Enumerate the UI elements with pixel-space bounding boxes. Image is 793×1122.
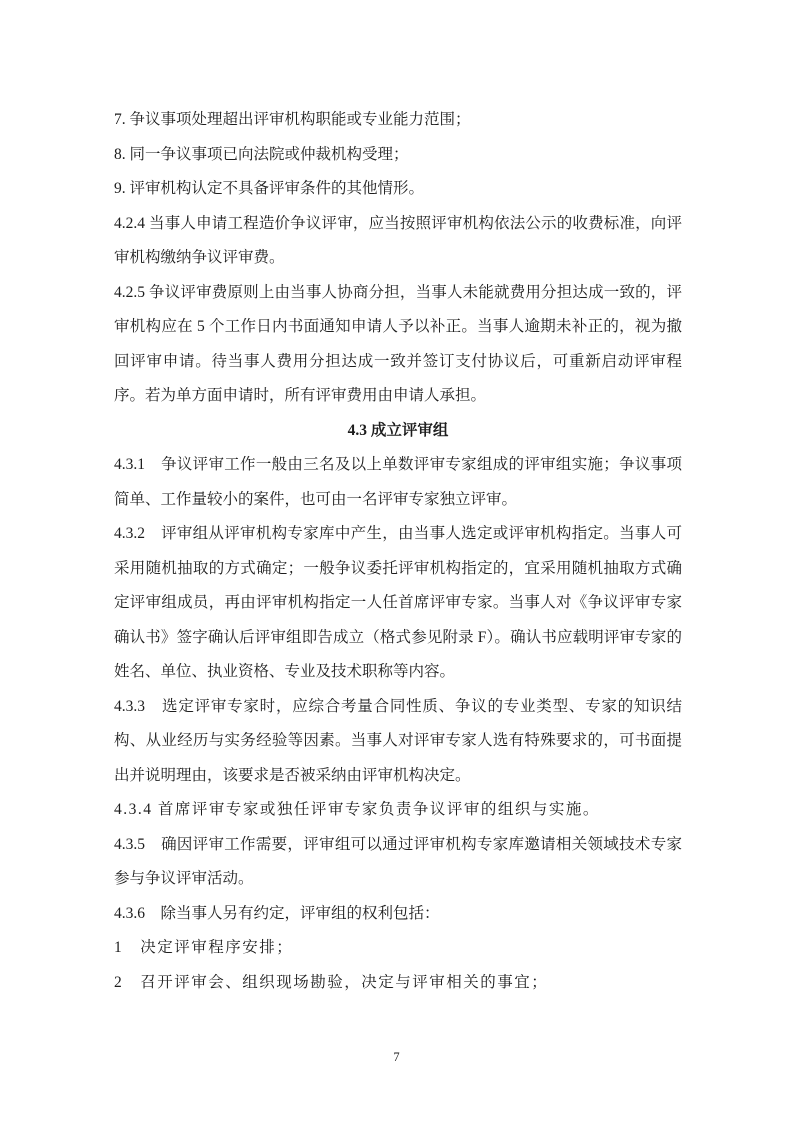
clause-4-3-1: 4.3.1 争议评审工作一般由三名及以上单数评审专家组成的评审组实施；争议事项简… xyxy=(114,448,682,517)
clause-4-3-5: 4.3.5 确因评审工作需要，评审组可以通过评审机构专家库邀请相关领域技术专家参… xyxy=(114,828,682,897)
clause-4-3-4: 4.3.4 首席评审专家或独任评审专家负责争议评审的组织与实施。 xyxy=(114,793,682,828)
page-number: 7 xyxy=(0,1050,793,1065)
clause-4-2-4: 4.2.4 当事人申请工程造价争议评审，应当按照评审机构依法公示的收费标准，向评… xyxy=(114,207,682,276)
clause-4-3-2: 4.3.2 评审组从评审机构专家库中产生，由当事人选定或评审机构指定。当事人可采… xyxy=(114,517,682,690)
clause-4-3-3: 4.3.3 选定评审专家时，应综合考量合同性质、争议的专业类型、专家的知识结构、… xyxy=(114,690,682,794)
section-heading-4-3: 4.3 成立评审组 xyxy=(114,414,682,449)
list-item-7: 7. 争议事项处理超出评审机构职能或专业能力范围； xyxy=(114,103,682,138)
list-item-9: 9. 评审机构认定不具备评审条件的其他情形。 xyxy=(114,172,682,207)
list-item-8: 8. 同一争议事项已向法院或仲裁机构受理； xyxy=(114,138,682,173)
document-page: 7. 争议事项处理超出评审机构职能或专业能力范围； 8. 同一争议事项已向法院或… xyxy=(0,0,793,1122)
sub-item-2: 2 召开评审会、组织现场勘验，决定与评审相关的事宜； xyxy=(114,966,682,1001)
clause-4-3-6: 4.3.6 除当事人另有约定，评审组的权利包括： xyxy=(114,897,682,932)
document-body: 7. 争议事项处理超出评审机构职能或专业能力范围； 8. 同一争议事项已向法院或… xyxy=(114,103,682,1000)
sub-item-1: 1 决定评审程序安排； xyxy=(114,931,682,966)
clause-4-2-5: 4.2.5 争议评审费原则上由当事人协商分担，当事人未能就费用分担达成一致的，评… xyxy=(114,276,682,414)
